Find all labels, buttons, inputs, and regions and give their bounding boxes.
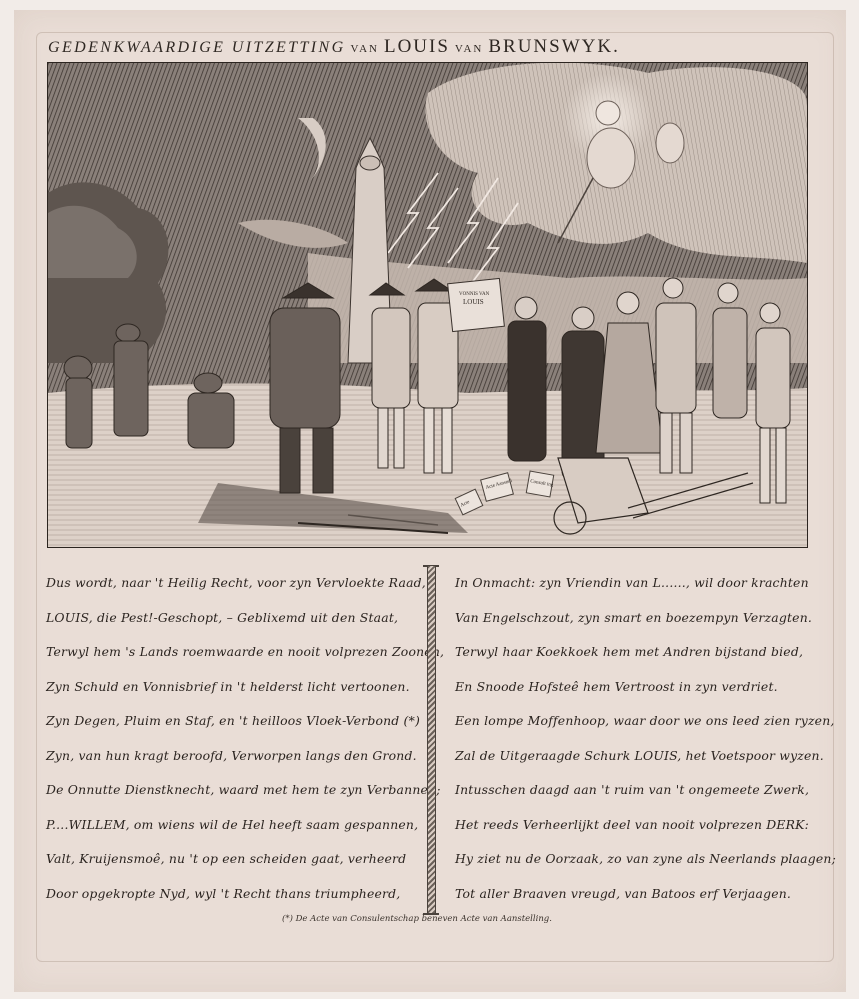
verse-line: Dus wordt, naar 't Heilig Recht, voor zy… [46, 566, 418, 601]
verse-line: Zyn, van hun kragt beroofd, Verworpen la… [46, 739, 418, 774]
document-label-1: VONNIS VAN [459, 292, 490, 297]
verse-line: LOUIS, die Pest!-Geschopt, – Geblixemd u… [46, 601, 418, 636]
verse-column-right: In Onmacht: zyn Vriendin van L......, wi… [455, 566, 825, 911]
verse-line: De Onnutte Dienstknecht, waard met hem t… [46, 773, 418, 808]
title-part-4: VAN [455, 43, 483, 55]
verse-line: P....WILLEM, om wiens wil de Hel heeft s… [46, 808, 418, 843]
verse-column-left: Dus wordt, naar 't Heilig Recht, voor zy… [46, 566, 418, 911]
title-part-3: LOUIS [384, 36, 450, 57]
verse-line: Door opgekropte Nyd, wyl 't Recht thans … [46, 877, 418, 912]
column-divider [427, 566, 436, 914]
title-part-2: VAN [351, 43, 379, 55]
verse-line: Het reeds Verheerlijkt deel van nooit vo… [455, 808, 825, 843]
verse-line: Terwyl hem 's Lands roemwaarde en nooit … [46, 635, 418, 670]
engraving-image: VONNIS VAN LOUIS [47, 62, 808, 548]
verse-line: Hy ziet nu de Oorzaak, zo van zyne als N… [455, 842, 825, 877]
verse-line: Tot aller Braaven vreugd, van Batoos erf… [455, 877, 825, 912]
verse-line: Valt, Kruijensmoê, nu 't op een scheiden… [46, 842, 418, 877]
title-part-5: BRUNSWYK. [488, 36, 619, 57]
print-title: GEDENKWAARDIGE UITZETTING VAN LOUIS VAN … [48, 36, 810, 60]
verse-line: Zyn Schuld en Vonnisbrief in 't helderst… [46, 670, 418, 705]
verse-line: Zyn Degen, Pluim en Staf, en 't heilloos… [46, 704, 418, 739]
title-part-1: GEDENKWAARDIGE UITZETTING [48, 39, 346, 56]
verse-line: En Snoode Hofsteê hem Vertroost in zyn v… [455, 670, 825, 705]
verse-line: Terwyl haar Koekkoek hem met Andren bijs… [455, 635, 825, 670]
footnote: (*) De Acte van Consulentschap beneven A… [282, 914, 612, 924]
verse-line: Een lompe Moffenhoop, waar door we ons l… [455, 704, 825, 739]
verse-line: Intusschen daagd aan 't ruim van 't onge… [455, 773, 825, 808]
verse-line: In Onmacht: zyn Vriendin van L......, wi… [455, 566, 825, 601]
verse-line: Zal de Uitgeraagde Schurk LOUIS, het Voe… [455, 739, 825, 774]
document-label-2: LOUIS [463, 298, 484, 306]
verse-line: Van Engelschzout, zyn smart en boezempyn… [455, 601, 825, 636]
